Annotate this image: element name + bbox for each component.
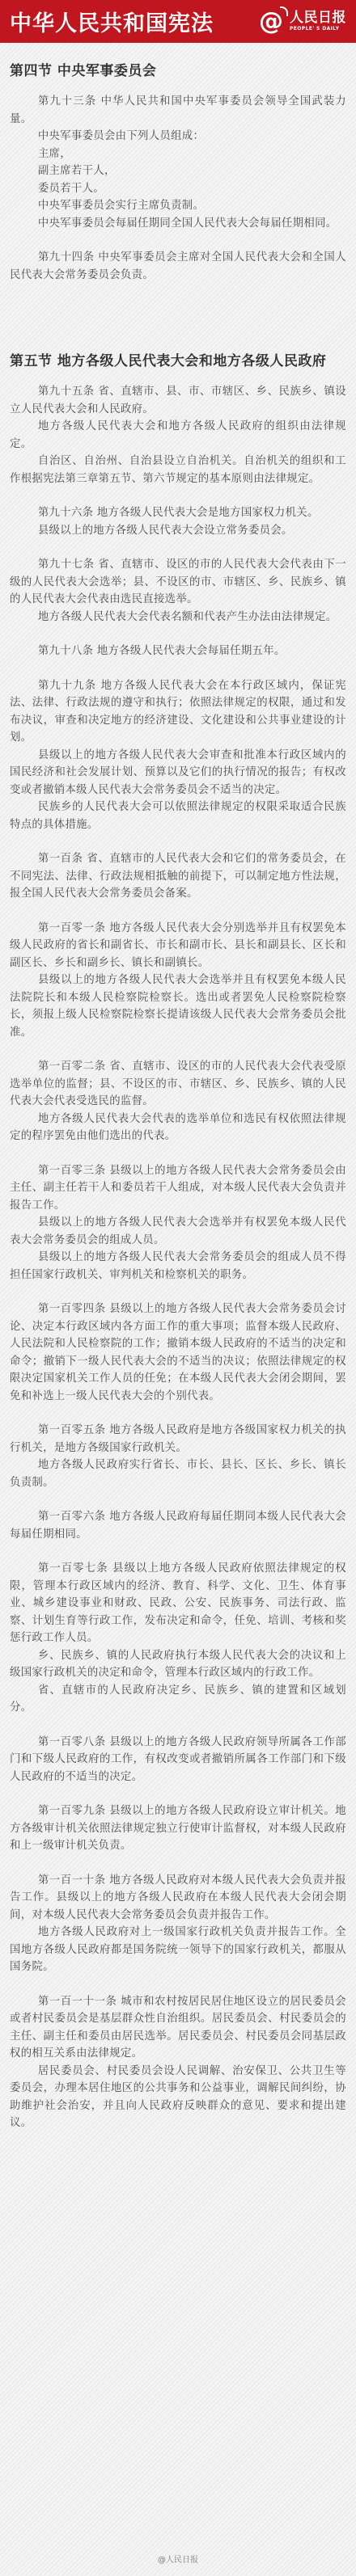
- article-paragraph: 县级以上的地方各级人民代表大会设立常务委员会。: [10, 522, 346, 540]
- article: 第一百零九条 县级以上的地方各级人民政府设立审计机关。地方各级审计机关依照法律规…: [10, 1802, 346, 1855]
- at-sign-icon: @: [259, 10, 283, 34]
- article-paragraph-lead: 第一百零五条 地方各级人民政府是地方各级国家权力机关的执行机关，是地方各级国家行…: [10, 1422, 346, 1457]
- article-paragraph-lead: 第九十三条 中华人民共和国中央军事委员会领导全国武装力量。: [10, 93, 346, 128]
- brand-name-en: PEOPLE' S DAILY: [290, 26, 346, 32]
- article-paragraph: 中央军事委员会由下列人员组成：: [10, 128, 346, 145]
- article-paragraph-lead: 第九十五条 省、直辖市、县、市、市辖区、乡、民族乡、镇设立人民代表大会和人民政府…: [10, 383, 346, 418]
- article: 第九十六条 地方各级人民代表大会是地方国家权力机关。县级以上的地方各级人民代表大…: [10, 504, 346, 539]
- article-paragraph-lead: 第九十七条 省、直辖市、设区的市的人民代表大会代表由下一级的人民代表大会选举；县…: [10, 556, 346, 609]
- brand-name-cn: 人民日报: [290, 11, 346, 26]
- section-title: 第五节 地方各级人民代表大会和地方各级人民政府: [10, 352, 346, 370]
- article: 第九十三条 中华人民共和国中央军事委员会领导全国武装力量。中央军事委员会由下列人…: [10, 93, 346, 232]
- article-paragraph: 居民委员会、村民委员会设人民调解、治安保卫、公共卫生等委员会，办理本居住地区的公…: [10, 2063, 346, 2132]
- article-paragraph-lead: 第一百零九条 县级以上的地方各级人民政府设立审计机关。地方各级审计机关依照法律规…: [10, 1802, 346, 1855]
- article-paragraph: 地方各级人民代表大会代表的选举单位和选民有权依照法律规定的程序罢免由他们选出的代…: [10, 1111, 346, 1145]
- article-paragraph-lead: 第一百一十条 地方各级人民政府对本级人民代表大会负责并报告工作。县级以上的地方各…: [10, 1872, 346, 1925]
- article-paragraph-lead: 第九十八条 地方各级人民代表大会每届任期五年。: [10, 643, 346, 660]
- article-paragraph-lead: 第九十六条 地方各级人民代表大会是地方国家权力机关。: [10, 504, 346, 522]
- article: 第九十九条 地方各级人民代表大会在本行政区域内，保证宪法、法律、行政法规的遵守和…: [10, 677, 346, 834]
- article-paragraph: 中央军事委员会每届任期同全国人民代表大会每届任期相同。: [10, 215, 346, 233]
- section-divider-space: [10, 301, 346, 344]
- article-paragraph-lead: 第一百零一条 地方各级人民代表大会分别选举并且有权罢免本级人民政府的省长和副省长…: [10, 920, 346, 972]
- article: 第一百零二条 省、直辖市、设区的市的人民代表大会代表受原选举单位的监督；县、不设…: [10, 1058, 346, 1145]
- article: 第一百条 省、直辖市的人民代表大会和它们的常务委员会，在不同宪法、法律、行政法规…: [10, 850, 346, 903]
- header-banner: 中华人民共和国宪法 @ 人民日报 PEOPLE' S DAILY: [0, 0, 356, 43]
- article: 第一百零三条 县级以上的地方各级人民代表大会常务委员会由主任、副主任若干人和委员…: [10, 1162, 346, 1284]
- article: 第一百零七条 县级以上地方各级人民政府依照法律规定的权限，管理本行政区域内的经济…: [10, 1560, 346, 1717]
- article-paragraph-lead: 第一百零七条 县级以上地方各级人民政府依照法律规定的权限，管理本行政区域内的经济…: [10, 1560, 346, 1647]
- article-paragraph: 民族乡的人民代表大会可以依照法律规定的权限采取适合民族特点的具体措施。: [10, 799, 346, 833]
- article-paragraph: 县级以上的地方各级人民代表大会选举并有权罢免本级人民代表大会常务委员会的组成人员…: [10, 1214, 346, 1249]
- article: 第一百零五条 地方各级人民政府是地方各级国家权力机关的执行机关，是地方各级国家行…: [10, 1422, 346, 1491]
- article-paragraph: 地方各级人民代表大会和地方各级人民政府的组织由法律规定。: [10, 418, 346, 453]
- article-paragraph: 主席，: [10, 145, 346, 163]
- article-paragraph: 县级以上的地方各级人民代表大会审查和批准本行政区域内的国民经济和社会发展计划、预…: [10, 747, 346, 799]
- article: 第九十四条 中央军事委员会主席对全国人民代表大会和全国人民代表大会常务委员会负责…: [10, 249, 346, 284]
- article-paragraph-lead: 第九十九条 地方各级人民代表大会在本行政区域内，保证宪法、法律、行政法规的遵守和…: [10, 677, 346, 747]
- article: 第一百一十一条 城市和农村按居民居住地区设立的居民委员会或者村民委员会是基层群众…: [10, 1993, 346, 2132]
- article: 第一百零六条 地方各级人民政府每届任期同本级人民代表大会每届任期相同。: [10, 1508, 346, 1543]
- article-paragraph-lead: 第一百零六条 地方各级人民政府每届任期同本级人民代表大会每届任期相同。: [10, 1508, 346, 1543]
- article-paragraph: 省、直辖市的人民政府决定乡、民族乡、镇的建置和区域划分。: [10, 1682, 346, 1717]
- article-paragraph: 地方各级人民代表大会代表名额和代表产生办法由法律规定。: [10, 609, 346, 626]
- article-paragraph: 自治区、自治州、自治县设立自治机关。自治机关的组织和工作根据宪法第三章第五节、第…: [10, 453, 346, 487]
- article-paragraph-lead: 第一百零四条 县级以上的地方各级人民代表大会常务委员会讨论、决定本行政区域内各方…: [10, 1301, 346, 1405]
- section-title: 第四节 中央军事委员会: [10, 62, 346, 80]
- article: 第九十七条 省、直辖市、设区的市的人民代表大会代表由下一级的人民代表大会选举；县…: [10, 556, 346, 626]
- article-paragraph: 委员若干人。: [10, 180, 346, 198]
- article-paragraph: 县级以上的地方各级人民代表大会选举并且有权罢免本级人民法院院长和本级人民检察院检…: [10, 972, 346, 1041]
- article-paragraph: 县级以上的地方各级人民代表大会常务委员会的组成人员不得担任国家行政机关、审判机关…: [10, 1249, 346, 1284]
- footer-watermark: @人民日报: [0, 2553, 356, 2565]
- constitution-content: 第四节 中央军事委员会第九十三条 中华人民共和国中央军事委员会领导全国武装力量。…: [0, 43, 356, 2132]
- article: 第一百零一条 地方各级人民代表大会分别选举并且有权罢免本级人民政府的省长和副省长…: [10, 920, 346, 1042]
- article: 第一百零四条 县级以上的地方各级人民代表大会常务委员会讨论、决定本行政区域内各方…: [10, 1301, 346, 1405]
- article-paragraph: 地方各级人民政府实行省长、市长、县长、区长、乡长、镇长负责制。: [10, 1457, 346, 1491]
- signal-waves-icon: [280, 6, 288, 16]
- article-paragraph: 中央军事委员会实行主席负责制。: [10, 197, 346, 215]
- article-paragraph-lead: 第一百零三条 县级以上的地方各级人民代表大会常务委员会由主任、副主任若干人和委员…: [10, 1162, 346, 1215]
- article-paragraph: 地方各级人民政府对上一级国家行政机关负责并报告工作。全国地方各级人民政府都是国务…: [10, 1924, 346, 1976]
- article: 第九十五条 省、直辖市、县、市、市辖区、乡、民族乡、镇设立人民代表大会和人民政府…: [10, 383, 346, 487]
- article-paragraph-lead: 第一百一十一条 城市和农村按居民居住地区设立的居民委员会或者村民委员会是基层群众…: [10, 1993, 346, 2063]
- article: 第一百零八条 县级以上的地方各级人民政府领导所属各工作部门和下级人民政府的工作，…: [10, 1734, 346, 1786]
- page-title: 中华人民共和国宪法: [10, 6, 214, 37]
- people-daily-logo: @ 人民日报 PEOPLE' S DAILY: [259, 10, 346, 34]
- article-paragraph-lead: 第一百条 省、直辖市的人民代表大会和它们的常务委员会，在不同宪法、法律、行政法规…: [10, 850, 346, 903]
- article-paragraph: 乡、民族乡、镇的人民政府执行本级人民代表大会的决议和上级国家行政机关的决定和命令…: [10, 1647, 346, 1682]
- article: 第九十八条 地方各级人民代表大会每届任期五年。: [10, 643, 346, 660]
- article: 第一百一十条 地方各级人民政府对本级人民代表大会负责并报告工作。县级以上的地方各…: [10, 1872, 346, 1976]
- article-paragraph-lead: 第九十四条 中央军事委员会主席对全国人民代表大会和全国人民代表大会常务委员会负责…: [10, 249, 346, 284]
- article-paragraph-lead: 第一百零八条 县级以上的地方各级人民政府领导所属各工作部门和下级人民政府的工作，…: [10, 1734, 346, 1786]
- article-paragraph: 副主席若干人，: [10, 162, 346, 180]
- article-paragraph-lead: 第一百零二条 省、直辖市、设区的市的人民代表大会代表受原选举单位的监督；县、不设…: [10, 1058, 346, 1111]
